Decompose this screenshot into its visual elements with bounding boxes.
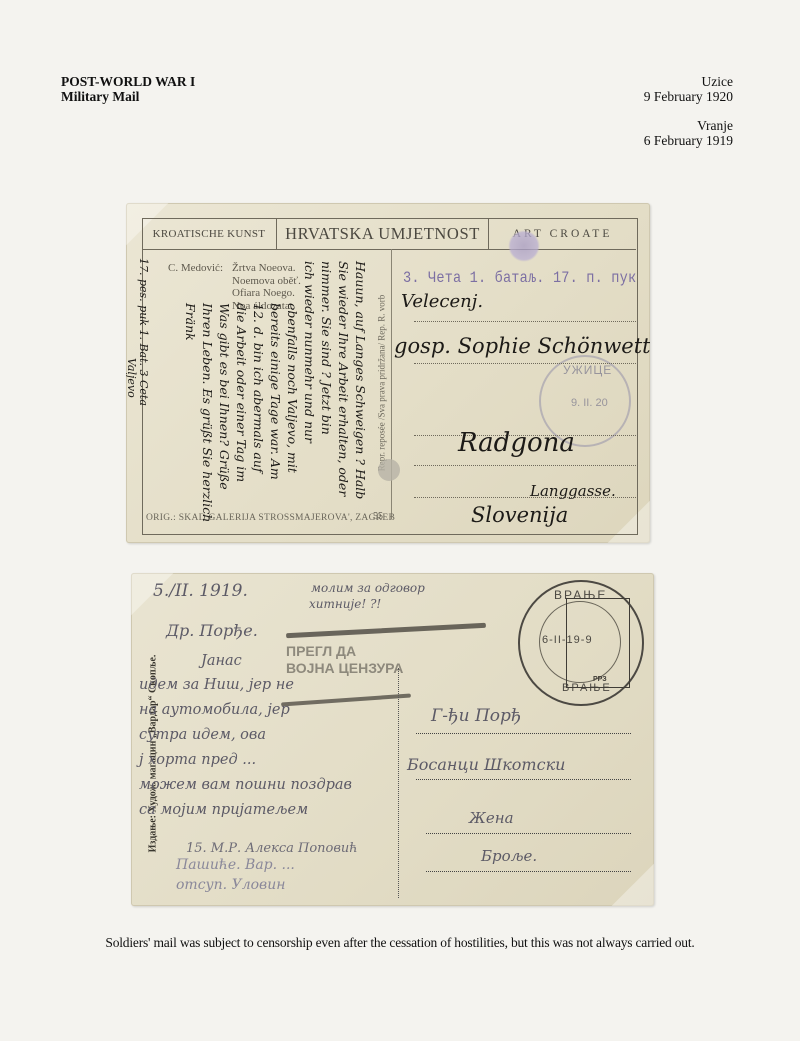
message-line: са мојим пријатељем [139,802,308,818]
card-number: 55 [373,511,383,522]
message-line: Fränk [183,303,198,341]
location-date: 6 February 1919 [644,133,733,148]
message-line: Јанас [201,653,242,669]
page-subtitle: Military Mail [61,89,195,104]
message-signature: 15. М.Р. Алекса Поповић [186,841,358,856]
censor-stamp: ПРЕГЛ ДА ВОЈНА ЦЕНЗУРА [286,643,403,677]
margin-note: Valjevo [126,358,138,398]
location-dates: Uzice 9 February 1920 Vranje 6 February … [644,74,733,148]
card-header-band: KROATISCHE KUNST HRVATSKA UMJETNOST ART … [142,218,636,250]
message-line: Ihren Leben. Es grüßt Sie herzlich [200,303,215,522]
address-line [414,465,636,466]
band-german: KROATISCHE KUNST [142,218,277,249]
message-line: nimmer. Sie sind ? Jetzt bin [319,261,334,435]
band-croatian: HRVATSKA UMJETNOST [277,218,489,249]
message-line: ј хорта пред ... [139,752,256,768]
address-line [416,733,631,734]
address-street: Langgasse. [530,482,616,500]
mount-corner [612,864,654,906]
message-date: 5./II. 1919. [153,581,248,601]
message-greeting: Др. Порђе. [166,621,258,640]
ink-strike [281,693,411,706]
address-town: Босанци Шкотски [407,755,565,774]
message-line: Hauun, auf Langes Schweigen ? Halb [353,261,368,499]
location-date: 9 February 1920 [644,89,733,104]
message-line: Was gibt es bei Ihnen? Grüße [217,303,232,490]
address-line [414,321,636,322]
artist-name: C. Medović: [168,262,223,274]
address-salutation: Velecenj. [401,291,483,312]
message-line: можем вам пошни поздрав [139,777,352,793]
location-place: Uzice [644,74,733,89]
address-line [426,871,631,872]
message-line: Sie wieder Ihre Arbeit erhalten, oder [336,261,351,496]
postcard-uzice: KROATISCHE KUNST HRVATSKA UMJETNOST ART … [126,203,650,543]
stamp-box: РРЗ [566,598,630,688]
address-line [414,363,636,364]
postcard-vranje: Издање: Худож. магацин „Вардар“ Скопље. … [131,573,654,906]
address-town: Radgona [458,428,575,458]
message-note: хитније! ?! [309,597,381,611]
message-line: die Arbeit oder einer Tag im [234,303,249,482]
page-header: POST-WORLD WAR I Military Mail [61,74,195,104]
message-line: идем за Ниш, јер не [139,677,294,693]
censor-unit-stamp: 3. Чета 1. батаљ. 17. п. пук [403,269,636,287]
address-line3: Жена [469,809,514,827]
address-recipient: Г-ђи Порђ [431,706,522,726]
address-country: Slovenija [471,503,568,527]
exhibit-caption: Soldiers' mail was subject to censorship… [0,935,800,951]
message-signature: отсуп. Уловин [176,877,285,893]
card-divider [398,668,399,898]
message-line: 12. d. bin ich abermals auf [251,303,266,473]
address-recipient: gosp. Sophie Schönwetter [394,334,650,358]
message-line: bereits einige Tage war. Am [268,303,283,480]
message-line: сутра идем, ова [139,727,266,743]
message-line: на аутомобила, јер [139,702,290,718]
page-title: POST-WORLD WAR I [61,74,195,89]
emblem-icon [378,459,400,481]
message-line: ebenfalls noch Valjevo, mit [285,303,300,473]
margin-note: 17. pes. puk 1. Bat. 3 Ceta [137,258,150,406]
violet-seal-stamp [508,230,540,262]
message-note: молим за одговор [311,581,425,595]
location-place: Vranje [644,118,733,133]
card-footer: ORIG.: SKAD GALERIJA STROSSMAJEROVA', ZA… [146,513,395,523]
address-line [426,833,631,834]
address-line4: Брољe. [481,847,537,865]
ink-strike [286,623,486,638]
message-signature: Пашиће. Вар. ... [176,857,295,873]
address-line [416,779,631,780]
message-line: ich wieder nunmehr und nur [302,261,317,443]
